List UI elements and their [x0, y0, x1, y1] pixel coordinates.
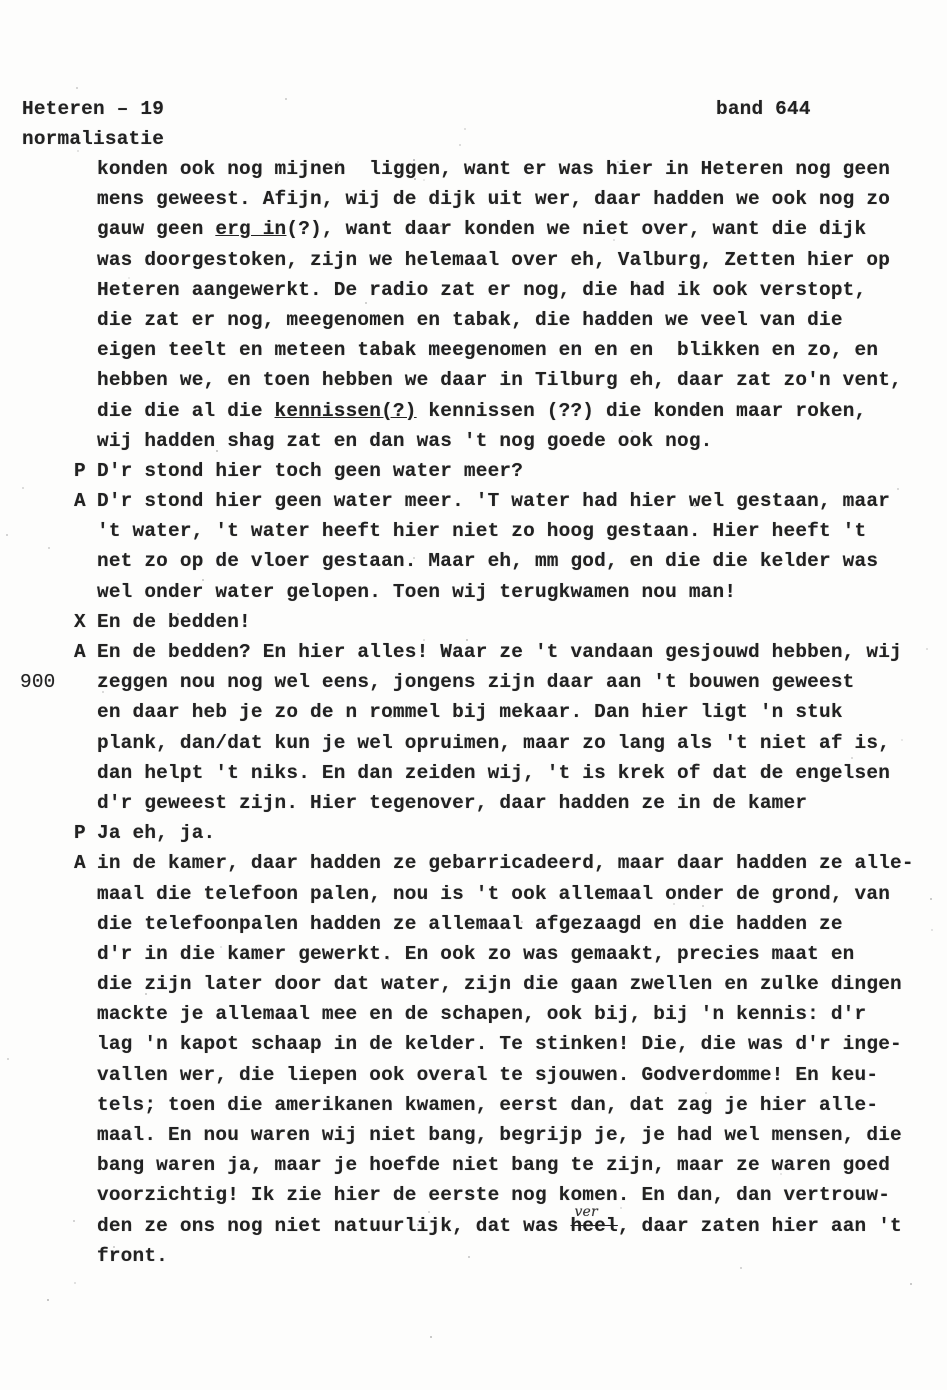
- line-text: bang waren ja, maar je hoefde niet bang …: [97, 1150, 890, 1180]
- line-text: d'r geweest zijn. Hier tegenover, daar h…: [97, 788, 807, 818]
- scan-noise: [417, 1224, 419, 1226]
- correction-annotation: ver: [574, 1197, 598, 1227]
- scan-noise: [128, 277, 130, 279]
- line-text: eigen teelt en meteen tabak meegenomen e…: [97, 335, 878, 365]
- scan-noise: [460, 800, 462, 802]
- line-text: d'r in die kamer gewerkt. En ook zo was …: [97, 939, 855, 969]
- transcript-line: XEn de bedden!: [0, 607, 947, 637]
- line-text: wij hadden shag zat en dan was 't nog go…: [97, 426, 713, 456]
- speaker-label: A: [74, 637, 86, 667]
- scan-noise: [521, 921, 523, 923]
- line-text: front.: [97, 1241, 168, 1271]
- line-text: die die al die kennissen(?) kennissen (?…: [97, 396, 866, 426]
- scan-noise: [901, 739, 903, 741]
- speaker-label: P: [74, 818, 86, 848]
- scan-noise: [526, 703, 528, 705]
- scan-noise: [222, 1040, 224, 1042]
- speaker-label: X: [74, 607, 86, 637]
- transcript-line: eigen teelt en meteen tabak meegenomen e…: [0, 335, 947, 365]
- line-text: dan helpt 't niks. En dan zeiden wij, 't…: [97, 758, 890, 788]
- scan-noise: [620, 1207, 622, 1209]
- transcript-line: d'r geweest zijn. Hier tegenover, daar h…: [0, 788, 947, 818]
- line-text: Ja eh, ja.: [97, 818, 215, 848]
- transcript-line: net zo op de vloer gestaan. Maar eh, mm …: [0, 546, 947, 576]
- transcript-line: d'r in die kamer gewerkt. En ook zo was …: [0, 939, 947, 969]
- transcript-line: den ze ons nog niet natuurlijk, dat was …: [0, 1211, 947, 1241]
- transcript-body: konden ook nog mijnen liggen, want er wa…: [0, 154, 947, 1271]
- scan-noise: [496, 475, 498, 477]
- scan-noise: [423, 639, 425, 641]
- transcript-line: die die al die kennissen(?) kennissen (?…: [0, 396, 947, 426]
- line-text: maal. En nou waren wij niet bang, begrij…: [97, 1120, 902, 1150]
- transcript-line: voorzichtig! Ik zie hier de eerste nog k…: [0, 1180, 947, 1210]
- scan-noise: [177, 613, 179, 615]
- scan-noise: [514, 496, 516, 498]
- scan-noise: [780, 282, 782, 284]
- transcript-line: Heteren aangewerkt. De radio zat er nog,…: [0, 275, 947, 305]
- transcript-line: mens geweest. Afijn, wij de dijk uit wer…: [0, 184, 947, 214]
- scan-noise: [6, 534, 8, 536]
- scan-noise: [842, 409, 844, 411]
- line-text: den ze ons nog niet natuurlijk, dat was …: [97, 1211, 902, 1241]
- line-text: was doorgestoken, zijn we helemaal over …: [97, 245, 890, 275]
- scan-noise: [930, 898, 932, 900]
- document-page: Heteren – 19 band 644 normalisatie konde…: [0, 0, 947, 1390]
- line-text: vallen wer, die liepen ook overal te sjo…: [97, 1060, 878, 1090]
- scan-noise: [466, 639, 468, 641]
- document-type-label: normalisatie: [22, 124, 164, 154]
- scan-noise: [851, 757, 853, 759]
- line-text: En de bedden? En hier alles! Waar ze 't …: [97, 637, 902, 667]
- speaker-label: A: [74, 486, 86, 516]
- scan-noise: [931, 929, 933, 931]
- transcript-line: wel onder water gelopen. Toen wij terugk…: [0, 577, 947, 607]
- line-text: maal die telefoon palen, nou is 't ook a…: [97, 879, 890, 909]
- line-text: D'r stond hier toch geen water meer?: [97, 456, 523, 486]
- scan-noise: [47, 1299, 49, 1301]
- line-text: wel onder water gelopen. Toen wij terugk…: [97, 577, 736, 607]
- transcript-line: die telefoonpalen hadden ze allemaal afg…: [0, 909, 947, 939]
- transcript-line: tels; toen die amerikanen kwamen, eerst …: [0, 1090, 947, 1120]
- scan-noise: [459, 144, 461, 146]
- transcript-line: AD'r stond hier geen water meer. 'T wate…: [0, 486, 947, 516]
- scan-noise: [831, 681, 833, 683]
- scan-noise: [145, 993, 147, 995]
- transcript-line: en daar heb je zo de n rommel bij mekaar…: [0, 697, 947, 727]
- document-location-title: Heteren – 19: [22, 94, 164, 124]
- scan-noise: [285, 98, 287, 100]
- scan-noise: [386, 435, 388, 437]
- scan-noise: [636, 282, 638, 284]
- scan-noise: [910, 1283, 912, 1285]
- speaker-label: P: [74, 456, 86, 486]
- scan-noise: [77, 150, 79, 152]
- transcript-line: die zat er nog, meegenomen en tabak, die…: [0, 305, 947, 335]
- scan-noise: [726, 524, 728, 526]
- transcript-line: was doorgestoken, zijn we helemaal over …: [0, 245, 947, 275]
- scan-noise: [566, 590, 568, 592]
- transcript-line: AEn de bedden? En hier alles! Waar ze 't…: [0, 637, 947, 667]
- scan-noise: [694, 505, 696, 507]
- line-text: en daar heb je zo de n rommel bij mekaar…: [97, 697, 843, 727]
- scan-noise: [464, 128, 466, 130]
- line-text: in de kamer, daar hadden ze gebarricadee…: [97, 848, 914, 878]
- scan-noise: [926, 648, 928, 650]
- scan-noise: [254, 1071, 256, 1073]
- handwritten-correction: heelver: [570, 1211, 617, 1241]
- line-text: zeggen nou nog wel eens, jongens zijn da…: [97, 667, 855, 697]
- scan-noise: [387, 958, 389, 960]
- transcript-line: 't water, 't water heeft hier niet zo ho…: [0, 516, 947, 546]
- scan-noise: [617, 161, 619, 163]
- transcript-line: lag 'n kapot schaap in de kelder. Te sti…: [0, 1029, 947, 1059]
- transcript-line: PJa eh, ja.: [0, 818, 947, 848]
- scan-noise: [220, 946, 222, 948]
- transcript-line: Ain de kamer, daar hadden ze gebarricade…: [0, 848, 947, 878]
- scan-noise: [702, 905, 704, 907]
- underlined-uncertain-text: kennissen(?): [275, 400, 417, 422]
- transcript-line: bang waren ja, maar je hoefde niet bang …: [0, 1150, 947, 1180]
- line-text: 't water, 't water heeft hier niet zo ho…: [97, 516, 866, 546]
- transcript-line: hebben we, en toen hebben we daar in Til…: [0, 365, 947, 395]
- text-segment: , daar zaten hier aan 't: [618, 1215, 902, 1237]
- scan-noise: [102, 691, 104, 693]
- line-text: mens geweest. Afijn, wij de dijk uit wer…: [97, 184, 890, 214]
- transcript-line: mackte je allemaal mee en de schapen, oo…: [0, 999, 947, 1029]
- scan-noise: [631, 430, 633, 432]
- scan-noise: [468, 1256, 470, 1258]
- transcript-line: plank, dan/dat kun je wel opruimen, maar…: [0, 728, 947, 758]
- text-segment: kennissen (??) die konden maar roken,: [417, 400, 867, 422]
- scan-noise: [440, 225, 442, 227]
- scan-noise: [365, 302, 367, 304]
- line-text: tels; toen die amerikanen kwamen, eerst …: [97, 1090, 878, 1120]
- line-text: lag 'n kapot schaap in de kelder. Te sti…: [97, 1029, 902, 1059]
- line-text: En de bedden!: [97, 607, 251, 637]
- tape-number: band 644: [716, 94, 811, 124]
- line-text: die zijn later door dat water, zijn die …: [97, 969, 902, 999]
- line-text: Heteren aangewerkt. De radio zat er nog,…: [97, 275, 866, 305]
- scan-noise: [76, 87, 78, 89]
- transcript-line: maal die telefoon palen, nou is 't ook a…: [0, 879, 947, 909]
- scan-noise: [337, 161, 339, 163]
- scan-noise: [430, 1336, 432, 1338]
- scan-noise: [113, 646, 115, 648]
- underlined-uncertain-text: erg in: [215, 218, 286, 240]
- transcript-line: gauw geen erg in(?), want daar konden we…: [0, 214, 947, 244]
- scan-noise: [423, 179, 425, 181]
- scan-noise: [414, 178, 416, 180]
- line-text: mackte je allemaal mee en de schapen, oo…: [97, 999, 866, 1029]
- scan-noise: [613, 239, 615, 241]
- scan-noise: [428, 1211, 430, 1213]
- line-text: konden ook nog mijnen liggen, want er wa…: [97, 154, 890, 184]
- scan-noise: [740, 1267, 742, 1269]
- scan-noise: [229, 645, 231, 647]
- scan-noise: [7, 1058, 9, 1060]
- scan-noise: [390, 716, 392, 718]
- line-text: die telefoonpalen hadden ze allemaal afg…: [97, 909, 843, 939]
- scan-noise: [216, 450, 218, 452]
- line-text: hebben we, en toen hebben we daar in Til…: [97, 365, 902, 395]
- transcript-line: vallen wer, die liepen ook overal te sjo…: [0, 1060, 947, 1090]
- scan-noise: [705, 1092, 707, 1094]
- line-text: D'r stond hier geen water meer. 'T water…: [97, 486, 890, 516]
- transcript-line: PD'r stond hier toch geen water meer?: [0, 456, 947, 486]
- text-segment: (?), want daar konden we niet over, want…: [286, 218, 866, 240]
- scan-noise: [202, 579, 204, 581]
- text-segment: die die al die: [97, 400, 275, 422]
- line-text: net zo op de vloer gestaan. Maar eh, mm …: [97, 546, 878, 576]
- line-text: voorzichtig! Ik zie hier de eerste nog k…: [97, 1180, 890, 1210]
- margin-counter-note: 900: [20, 667, 56, 697]
- transcript-line: wij hadden shag zat en dan was 't nog go…: [0, 426, 947, 456]
- scan-noise: [73, 1220, 75, 1222]
- transcript-line: dan helpt 't niks. En dan zeiden wij, 't…: [0, 758, 947, 788]
- text-segment: den ze ons nog niet natuurlijk, dat was: [97, 1215, 570, 1237]
- text-segment: gauw geen: [97, 218, 215, 240]
- scan-noise: [413, 557, 415, 559]
- transcript-line: die zijn later door dat water, zijn die …: [0, 969, 947, 999]
- scan-noise: [673, 903, 675, 905]
- transcript-line: front.: [0, 1241, 947, 1271]
- line-text: die zat er nog, meegenomen en tabak, die…: [97, 305, 843, 335]
- transcript-line: konden ook nog mijnen liggen, want er wa…: [0, 154, 947, 184]
- scan-noise: [586, 173, 588, 175]
- transcript-line: maal. En nou waren wij niet bang, begrij…: [0, 1120, 947, 1150]
- transcript-line: 900zeggen nou nog wel eens, jongens zijn…: [0, 667, 947, 697]
- scan-noise: [693, 412, 695, 414]
- scan-noise: [113, 1246, 115, 1248]
- scan-noise: [48, 547, 50, 549]
- line-text: gauw geen erg in(?), want daar konden we…: [97, 214, 866, 244]
- speaker-label: A: [74, 848, 86, 878]
- line-text: plank, dan/dat kun je wel opruimen, maar…: [97, 728, 890, 758]
- scan-noise: [897, 488, 899, 490]
- scan-noise: [780, 1173, 782, 1175]
- scan-noise: [74, 1282, 76, 1284]
- scan-noise: [22, 487, 24, 489]
- scan-noise: [413, 159, 415, 161]
